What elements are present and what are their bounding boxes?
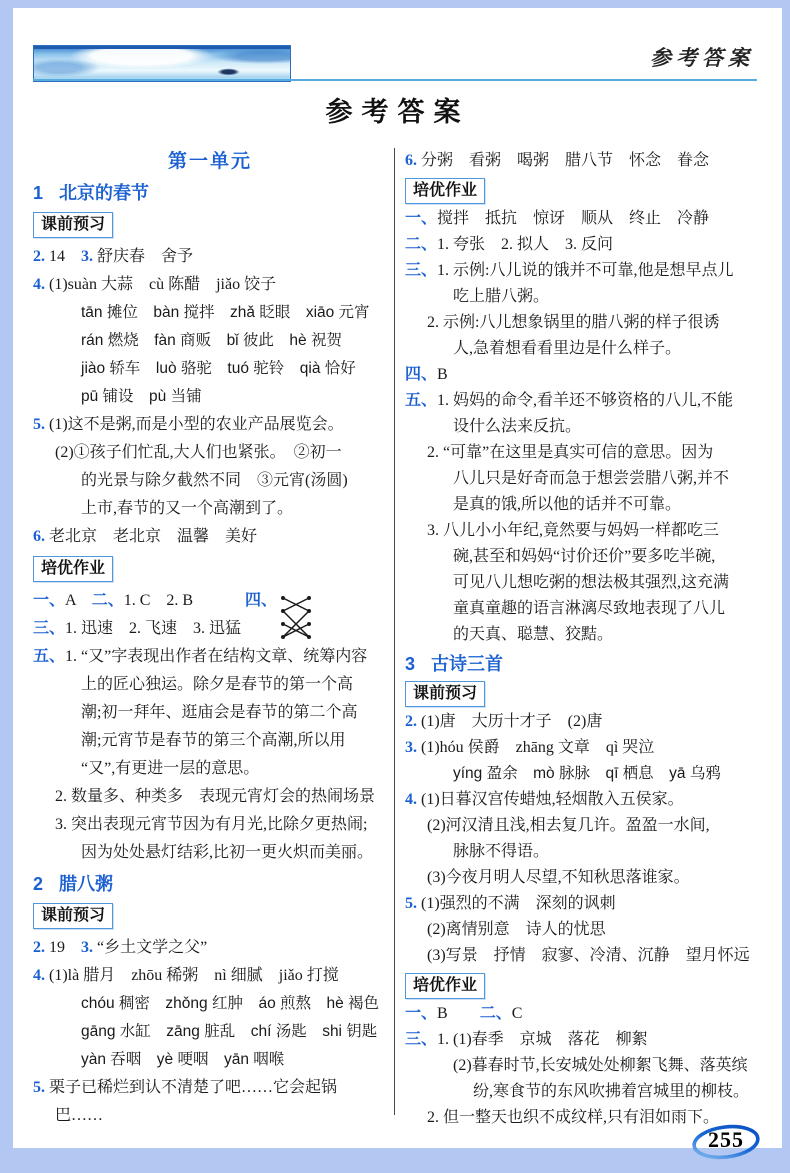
answer-text: 的光景与除夕截然不同 ③元宵(汤圆) [81, 472, 348, 489]
answer-text: rán 燃烧 fàn 商贩 bǐ 彼此 hè 祝贺 [81, 332, 342, 349]
answer-marker: 3. [81, 248, 93, 265]
answer-text: yíng 盈余 mò 脉脉 qī 栖息 yā 乌鸦 [453, 765, 721, 782]
section-badge-row: 培优作业 [405, 178, 767, 202]
answer-line: 5. (1)强烈的不满 深刻的讽刺 [405, 891, 767, 917]
answer-line: 三、1. 迅速 2. 飞速 3. 迅猛 [33, 615, 387, 643]
answer-marker: 四、 [405, 366, 437, 383]
answer-line: 上的匠心独运。除夕是春节的第一个高 [33, 671, 387, 699]
answer-line: 的光景与除夕截然不同 ③元宵(汤圆) [33, 467, 387, 495]
lesson-number: 3 [405, 654, 415, 674]
running-header: 参考答案 [650, 42, 754, 72]
answer-line: 一、搅拌 抵抗 惊讶 顺从 终止 冷静 [405, 206, 767, 232]
answer-line: 五、1. “又”字表现出作者在结构文章、统筹内容 [33, 643, 387, 671]
answer-marker: 5. [33, 416, 45, 433]
answer-line: yíng 盈余 mò 脉脉 qī 栖息 yā 乌鸦 [405, 761, 767, 787]
section-badge: 课前预习 [33, 212, 113, 238]
answer-line: 四、B [405, 362, 767, 388]
answer-line: (3)今夜月明人尽望,不知秋思落谁家。 [405, 865, 767, 891]
answer-marker: 四、 [245, 591, 277, 611]
answer-text: 2. “可靠”在这里是真实可信的意思。因为 [427, 444, 713, 461]
answer-line: 3. 突出表现元宵节因为有月光,比除夕更热闹; [33, 811, 387, 839]
answer-text: 八儿只是好奇而急于想尝尝腊八粥,并不 [453, 470, 729, 487]
answer-text: pū 铺设 pù 当铺 [81, 388, 202, 405]
section-badge-row: 培优作业 [405, 973, 767, 997]
answer-marker: 五、 [405, 392, 437, 409]
answer-text: “乡土文学之父” [93, 939, 207, 956]
answer-marker: 3. [405, 739, 417, 756]
answer-marker: 5. [33, 1079, 45, 1096]
answer-text: (1)这不是粥,而是小型的农业产品展览会。 [45, 416, 344, 433]
answer-text: (1)hóu 侯爵 zhāng 文章 qì 哭泣 [417, 739, 654, 756]
answer-text: jiào 轿车 luò 骆驼 tuó 驼铃 qià 恰好 [81, 360, 356, 377]
answer-line: 2. (1)唐 大历十才子 (2)唐 [405, 709, 767, 735]
answer-line: 设什么法来反抗。 [405, 414, 767, 440]
answer-line: 巴…… [33, 1102, 387, 1130]
header-rule [33, 79, 757, 81]
answer-marker: 三、 [33, 620, 65, 637]
lesson-title: 古诗三首 [431, 654, 503, 674]
answer-text: 栗子已稀烂到认不清楚了吧……它会起锅 [45, 1079, 337, 1096]
answer-line: 二、1. 夸张 2. 拟人 3. 反问 [405, 232, 767, 258]
answer-line: 5. 栗子已稀烂到认不清楚了吧……它会起锅 [33, 1074, 387, 1102]
answer-line: “又”,有更进一层的意思。 [33, 755, 387, 783]
answer-text: 潮;元宵节是春节的第三个高潮,所以用 [81, 732, 345, 749]
answer-line: 五、1. 妈妈的命令,看羊还不够资格的八儿,不能 [405, 388, 767, 414]
section-badge-row: 培优作业 [33, 556, 387, 582]
answer-text: 设什么法来反抗。 [453, 418, 581, 435]
header-watercolor-image [33, 45, 291, 82]
answer-line: 2. 数量多、种类多 表现元宵灯会的热闹场景 [33, 783, 387, 811]
answer-text: yàn 吞咽 yè 哽咽 yān 咽喉 [81, 1051, 284, 1068]
answer-marker: 2. [33, 248, 45, 265]
answer-text: B [437, 1005, 480, 1022]
answer-line: gāng 水缸 zāng 脏乱 chí 汤匙 shi 钥匙 [33, 1018, 387, 1046]
answer-line: 2. 示例:八儿想象锅里的腊八粥的样子很诱 [405, 310, 767, 336]
answer-marker: 二、 [405, 236, 437, 253]
answer-line: 一、A 二、1. C 2. B四、 [33, 587, 387, 615]
answer-marker: 4. [33, 967, 45, 984]
answer-text: 19 [45, 939, 81, 956]
answer-text: (3)今夜月明人尽望,不知秋思落谁家。 [427, 869, 690, 886]
answer-line: 5. (1)这不是粥,而是小型的农业产品展览会。 [33, 411, 387, 439]
answer-text: 可见八儿想吃粥的想法极其强烈,这充满 [453, 574, 729, 591]
lesson-heading: 2腊八粥 [33, 871, 387, 897]
answer-line: 人,急着想看看里边是什么样子。 [405, 336, 767, 362]
answer-line: pū 铺设 pù 当铺 [33, 383, 387, 411]
answer-text: (2)离情别意 诗人的忧思 [427, 921, 606, 938]
answer-text: 潮;初一拜年、逛庙会是春节的第二个高 [81, 704, 357, 721]
answer-text: (1)日暮汉宫传蜡烛,轻烟散入五侯家。 [417, 791, 684, 808]
answer-line: 童真童趣的语言淋漓尽致地表现了八儿 [405, 596, 767, 622]
answer-line: 3. 八儿小小年纪,竟然要与妈妈一样都吃三 [405, 518, 767, 544]
column-divider [394, 148, 395, 1115]
answer-marker: 二、 [480, 1005, 512, 1022]
page-number-badge: 255 [689, 1122, 763, 1164]
scanned-answer-page: { "page": { "running_header": "参考答案", "t… [0, 0, 790, 1173]
answer-text: 1. 夸张 2. 拟人 3. 反问 [437, 236, 613, 253]
answer-line: 可见八儿想吃粥的想法极其强烈,这充满 [405, 570, 767, 596]
section-badge: 培优作业 [405, 178, 485, 204]
section-badge-row: 课前预习 [33, 212, 387, 238]
answer-line: 4. (1)日暮汉宫传蜡烛,轻烟散入五侯家。 [405, 787, 767, 813]
answer-line: 2. 14 3. 舒庆春 舍予 [33, 243, 387, 271]
unit-heading: 第一单元 [33, 148, 387, 176]
answer-line: 6. 分粥 看粥 喝粥 腊八节 怀念 眷念 [405, 148, 767, 174]
answer-line: 碗,甚至和妈妈“讨价还价”要多吃半碗, [405, 544, 767, 570]
answer-marker: 一、 [405, 210, 437, 227]
answer-line: 潮;元宵节是春节的第三个高潮,所以用 [33, 727, 387, 755]
answer-text: 老北京 老北京 温馨 美好 [45, 528, 257, 545]
answer-text: 是真的饿,所以他的话并不可靠。 [453, 496, 681, 513]
lesson-heading: 1北京的春节 [33, 180, 387, 206]
answer-text: 3. 突出表现元宵节因为有月光,比除夕更热闹; [55, 816, 367, 833]
answer-line: 6. 老北京 老北京 温馨 美好 [33, 523, 387, 551]
answer-marker: 五、 [33, 648, 65, 665]
answer-text: 1. (1)春季 京城 落花 柳絮 [437, 1031, 648, 1048]
answer-marker: 一、 [33, 592, 65, 609]
answer-text: 童真童趣的语言淋漓尽致地表现了八儿 [453, 600, 725, 617]
answer-text: (1)là 腊月 zhōu 稀粥 nì 细腻 jiǎo 打搅 [45, 967, 339, 984]
answer-text: (3)写景 抒情 寂寥、冷清、沉静 望月怀远 [427, 947, 750, 964]
section-badge-row: 课前预习 [405, 681, 767, 705]
answer-text: 碗,甚至和妈妈“讨价还价”要多吃半碗, [453, 548, 715, 565]
answer-line: 4. (1)suàn 大蒜 cù 陈醋 jiǎo 饺子 [33, 271, 387, 299]
answer-line: 2. “可靠”在这里是真实可信的意思。因为 [405, 440, 767, 466]
answer-text: tān 摊位 bàn 搅拌 zhǎ 眨眼 xiāo 元宵 [81, 304, 370, 321]
answer-marker: 二、 [92, 592, 124, 609]
page-title: 参考答案 [13, 90, 782, 129]
answer-line: tān 摊位 bàn 搅拌 zhǎ 眨眼 xiāo 元宵 [33, 299, 387, 327]
answer-line: 一、B 二、C [405, 1001, 767, 1027]
answer-line: (2)暮春时节,长安城处处柳絮飞舞、落英缤 [405, 1053, 767, 1079]
lesson-title: 腊八粥 [59, 874, 113, 894]
answer-marker: 6. [33, 528, 45, 545]
answer-text: A [65, 592, 92, 609]
page-number: 255 [689, 1127, 763, 1153]
answer-text: 分粥 看粥 喝粥 腊八节 怀念 眷念 [417, 152, 709, 169]
right-column: 6. 分粥 看粥 喝粥 腊八节 怀念 眷念培优作业一、搅拌 抵抗 惊讶 顺从 终… [405, 148, 767, 1131]
answer-text: (2)①孩子们忙乱,大人们也紧张。 ②初一 [55, 444, 342, 461]
answer-text: 1. “又”字表现出作者在结构文章、统筹内容 [65, 648, 367, 665]
lesson-number: 2 [33, 874, 43, 894]
answer-line: chóu 稠密 zhǒng 红肿 áo 煎熬 hè 褐色 [33, 990, 387, 1018]
answer-marker: 4. [33, 276, 45, 293]
answer-marker: 2. [405, 713, 417, 730]
answer-marker: 三、 [405, 1031, 437, 1048]
answer-line: 脉脉不得语。 [405, 839, 767, 865]
answer-line: rán 燃烧 fàn 商贩 bǐ 彼此 hè 祝贺 [33, 327, 387, 355]
answer-text: chóu 稠密 zhǒng 红肿 áo 煎熬 hè 褐色 [81, 995, 379, 1012]
answer-text: 2. 示例:八儿想象锅里的腊八粥的样子很诱 [427, 314, 719, 331]
answer-text: 舒庆春 舍予 [93, 248, 193, 265]
section-badge: 培优作业 [405, 973, 485, 999]
answer-line: 是真的饿,所以他的话并不可靠。 [405, 492, 767, 518]
answer-marker: 一、 [405, 1005, 437, 1022]
answer-text: 2. 但一整天也织不成纹样,只有泪如雨下。 [427, 1109, 719, 1126]
answer-text: B [437, 366, 448, 383]
answer-text: 1. 迅速 2. 飞速 3. 迅猛 [65, 620, 241, 637]
answer-text: (1)强烈的不满 深刻的讽刺 [417, 895, 616, 912]
answer-text: (1)suàn 大蒜 cù 陈醋 jiǎo 饺子 [45, 276, 276, 293]
answer-marker: 5. [405, 895, 417, 912]
answer-line: yàn 吞咽 yè 哽咽 yān 咽喉 [33, 1046, 387, 1074]
answer-text: (2)暮春时节,长安城处处柳絮飞舞、落英缤 [453, 1057, 748, 1074]
answer-line: 八儿只是好奇而急于想尝尝腊八粥,并不 [405, 466, 767, 492]
answer-text: 搅拌 抵抗 惊讶 顺从 终止 冷静 [437, 210, 709, 227]
section-badge: 课前预习 [405, 681, 485, 707]
answer-text: 1. C 2. B [124, 592, 193, 609]
answer-line: 三、1. 示例:八儿说的饿并不可靠,他是想早点儿 [405, 258, 767, 284]
answer-line: jiào 轿车 luò 骆驼 tuó 驼铃 qià 恰好 [33, 355, 387, 383]
answer-marker: 三、 [405, 262, 437, 279]
answer-line: 3. (1)hóu 侯爵 zhāng 文章 qì 哭泣 [405, 735, 767, 761]
answer-text: 的天真、聪慧、狡黠。 [453, 626, 613, 643]
answer-text: 因为处处悬灯结彩,比初一更火炽而美丽。 [81, 844, 373, 861]
answer-line: 因为处处悬灯结彩,比初一更火炽而美丽。 [33, 839, 387, 867]
answer-marker: 2. [33, 939, 45, 956]
answer-text: (2)河汉清且浅,相去复几许。盈盈一水间, [427, 817, 710, 834]
section-badge: 培优作业 [33, 556, 113, 582]
lesson-title: 北京的春节 [59, 183, 149, 203]
section-badge: 课前预习 [33, 903, 113, 929]
answer-text: 14 [45, 248, 81, 265]
answer-text: gāng 水缸 zāng 脏乱 chí 汤匙 shi 钥匙 [81, 1023, 377, 1040]
answer-text: 2. 数量多、种类多 表现元宵灯会的热闹场景 [55, 788, 375, 805]
page-sheet: 参考答案 参考答案 第一单元1北京的春节课前预习2. 14 3. 舒庆春 舍予4… [13, 8, 782, 1148]
answer-text: 吃上腊八粥。 [453, 288, 549, 305]
answer-line: 的天真、聪慧、狡黠。 [405, 622, 767, 648]
answer-text: 1. 示例:八儿说的饿并不可靠,他是想早点儿 [437, 262, 733, 279]
answer-text: 3. 八儿小小年纪,竟然要与妈妈一样都吃三 [427, 522, 719, 539]
answer-text: 上的匠心独运。除夕是春节的第一个高 [81, 676, 353, 693]
answer-marker: 6. [405, 152, 417, 169]
answer-text: (1)唐 大历十才子 (2)唐 [417, 713, 602, 730]
answer-text: 上市,春节的又一个高潮到了。 [81, 500, 293, 517]
lesson-number: 1 [33, 183, 43, 203]
answer-line: 吃上腊八粥。 [405, 284, 767, 310]
answer-line: 上市,春节的又一个高潮到了。 [33, 495, 387, 523]
answer-marker: 4. [405, 791, 417, 808]
left-column: 第一单元1北京的春节课前预习2. 14 3. 舒庆春 舍予4. (1)suàn … [33, 148, 387, 1130]
section-badge-row: 课前预习 [33, 903, 387, 929]
lesson-heading: 3古诗三首 [405, 651, 767, 677]
answer-line: (3)写景 抒情 寂寥、冷清、沉静 望月怀远 [405, 943, 767, 969]
answer-line: (2)离情别意 诗人的忧思 [405, 917, 767, 943]
answer-line: 4. (1)là 腊月 zhōu 稀粥 nì 细腻 jiǎo 打搅 [33, 962, 387, 990]
answer-text: 1. 妈妈的命令,看羊还不够资格的八儿,不能 [437, 392, 733, 409]
answer-text: C [512, 1005, 523, 1022]
answer-text: 纷,寒食节的东风吹拂着宫城里的柳枝。 [473, 1083, 749, 1100]
answer-text: 人,急着想看看里边是什么样子。 [453, 340, 681, 357]
answer-line: 纷,寒食节的东风吹拂着宫城里的柳枝。 [405, 1079, 767, 1105]
answer-line: 潮;初一拜年、逛庙会是春节的第二个高 [33, 699, 387, 727]
answer-line: 2. 19 3. “乡土文学之父” [33, 934, 387, 962]
answer-marker: 3. [81, 939, 93, 956]
answer-text: 脉脉不得语。 [453, 843, 549, 860]
answer-line: (2)河汉清且浅,相去复几许。盈盈一水间, [405, 813, 767, 839]
answer-line: (2)①孩子们忙乱,大人们也紧张。 ②初一 [33, 439, 387, 467]
answer-text: “又”,有更进一层的意思。 [81, 760, 259, 777]
answer-text: 巴…… [55, 1107, 103, 1124]
answer-line: 三、1. (1)春季 京城 落花 柳絮 [405, 1027, 767, 1053]
